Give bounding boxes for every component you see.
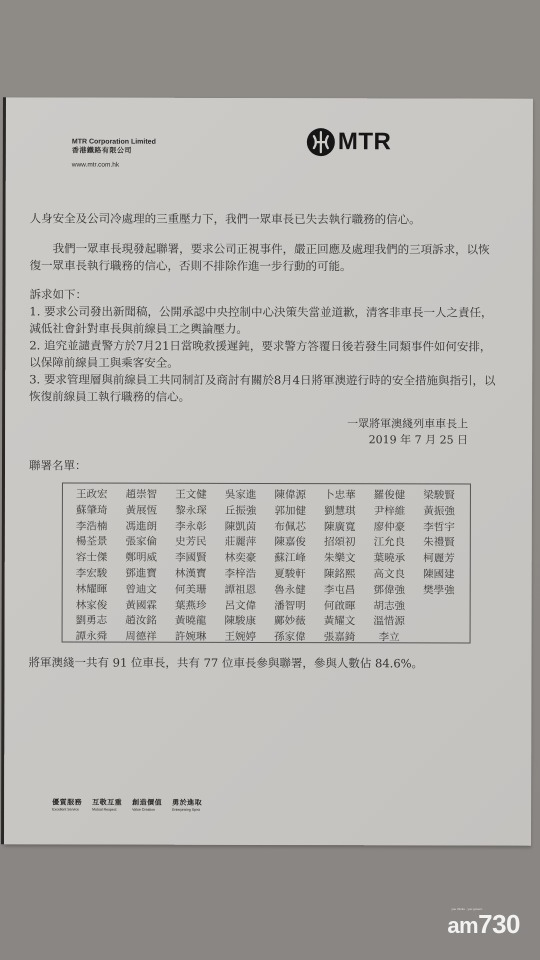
signatory-name: 陳嘉俊 xyxy=(265,535,315,551)
signatory-name: 李永彰 xyxy=(166,519,216,535)
signatory-name: 趙汝銘 xyxy=(116,614,166,630)
demand-item: 1. 要求公司發出新聞稿，公開承認中央控制中心決策失當並道歉，清客非車長一人之責… xyxy=(29,303,499,338)
signatory-name: 黃國霖 xyxy=(116,598,166,614)
mtr-logo-text: MTR xyxy=(338,128,392,156)
signatory-name: 樊學強 xyxy=(414,583,464,599)
signatory-name: 柯麗芳 xyxy=(414,552,464,568)
signatory-name: 朱禮賢 xyxy=(414,536,464,552)
paragraph-intro: 人身安全及公司冷處理的三重壓力下，我們一眾車長已失去執行職務的信心。 xyxy=(30,210,500,228)
signatory-name: 黃振強 xyxy=(414,504,464,520)
signatory-name: 黃耀文 xyxy=(315,614,365,630)
signatory-name: 高文良 xyxy=(364,567,414,583)
signatory-name: 黃曉龍 xyxy=(166,614,216,630)
signatory-name: 蘇江峰 xyxy=(265,551,315,567)
signatory-name: 卜忠華 xyxy=(315,488,365,504)
signatory-name: 莊麗萍 xyxy=(216,535,266,551)
signatory-name: 蘇肇琦 xyxy=(67,503,117,519)
signatory-name: 黃展恆 xyxy=(116,503,166,519)
signoff-text: 一眾將軍澳綫列車車長上 xyxy=(347,416,468,432)
signatory-name: 鄧進寶 xyxy=(116,567,166,583)
signatory-name: 廖仲豪 xyxy=(365,520,415,536)
company-website: www.mtr.com.hk xyxy=(72,161,156,168)
signatory-name: 周德祥 xyxy=(116,630,166,646)
signatory-name: 梁駿賢 xyxy=(414,488,464,504)
signatory-name: 楊荃景 xyxy=(67,535,117,551)
signatory-name: 呂文偉 xyxy=(216,598,266,614)
signatory-name: 溫惜源 xyxy=(364,615,414,631)
participation-summary: 將軍澳綫一共有 91 位車長，共有 77 位車長參與聯署，參與人數佔 84.6%… xyxy=(28,654,498,672)
signatory-name: 魯永健 xyxy=(265,583,315,599)
letter-date: 2019 年 7 月 25 日 xyxy=(347,432,468,448)
signatory-name: 招頌初 xyxy=(315,536,365,552)
signatory-name: 張嘉錡 xyxy=(315,630,365,646)
signatory-name: 布佩芯 xyxy=(265,520,315,536)
signatory-name: 何美珊 xyxy=(166,583,216,599)
mtr-logo-icon xyxy=(307,128,335,156)
signatory-name: 李國賢 xyxy=(166,551,216,567)
signatory-name: 江允良 xyxy=(365,536,415,552)
value-mutual-respect: 互敬互重 Mutual Respect xyxy=(92,798,122,813)
am730-watermark: you thinks · you govern am730 xyxy=(447,907,520,939)
signatory-name: 朱樂文 xyxy=(315,551,365,567)
signatory-name: 林漢寶 xyxy=(166,567,216,583)
signatory-name: 林奕豪 xyxy=(216,551,266,567)
signatory-name: 林耀暉 xyxy=(67,582,117,598)
signatory-name: 陳國建 xyxy=(414,567,464,583)
signatory-name: 陳駿康 xyxy=(215,614,265,630)
value-excellent-service: 優質服務 Excellent Service xyxy=(52,797,82,812)
signatory-name: 劉慧琪 xyxy=(315,504,365,520)
signatory-name: 王政宏 xyxy=(67,487,117,503)
demands-section: 訴求如下： 1. 要求公司發出新聞稿，公開承認中央控制中心決策失當並道歉，清客非… xyxy=(29,286,499,406)
signatory-name: 吳家進 xyxy=(216,488,266,504)
demand-item: 3. 要求管理層與前線員工共同制訂及商討有關於8月4日將軍澳遊行時的安全措施與指… xyxy=(29,371,499,406)
value-enterprising-spirit: 勇於進取 Enterprising Spirit xyxy=(172,798,202,813)
letterhead-company-info: MTR Corporation Limited 香港鐵路有限公司 www.mtr… xyxy=(72,138,156,168)
signatory-name: 趙崇智 xyxy=(117,488,167,504)
am730-logo: am730 xyxy=(447,911,520,939)
signatory-name: 譚祖恩 xyxy=(216,583,266,599)
signatory-name: 陳廣寬 xyxy=(315,520,365,536)
signatory-name: 胡志強 xyxy=(364,599,414,615)
signatory-name: 葉曉承 xyxy=(364,551,414,567)
signatory-name xyxy=(414,599,464,615)
signatory-name: 曾迪文 xyxy=(116,582,166,598)
signatory-name: 容士傑 xyxy=(67,551,117,567)
signatory-name: 陳銘熙 xyxy=(315,567,365,583)
signatory-name: 張家倫 xyxy=(116,535,166,551)
signatory-name xyxy=(414,631,464,647)
signatory-name: 許婉琳 xyxy=(166,630,216,646)
signatories-title: 聯署名單： xyxy=(29,457,499,475)
signatory-name: 郭加健 xyxy=(265,504,315,520)
signoff-block: 一眾將軍澳綫列車車長上 2019 年 7 月 25 日 xyxy=(347,416,468,448)
company-name-zh: 香港鐵路有限公司 xyxy=(72,146,156,155)
signatory-name: 黎永琛 xyxy=(166,504,216,520)
demands-heading: 訴求如下： xyxy=(29,286,499,304)
signatory-name: 劉勇志 xyxy=(67,614,117,630)
signatory-name: 史芳民 xyxy=(166,535,216,551)
value-value-creation: 創造價值 Value Creation xyxy=(132,798,162,813)
signatory-name: 丘振強 xyxy=(216,504,266,520)
signatory-name: 李宏駿 xyxy=(67,566,117,582)
signatory-name: 鄧偉強 xyxy=(364,583,414,599)
signatory-name: 李梓浩 xyxy=(216,567,266,583)
signatory-name: 李哲宇 xyxy=(414,520,464,536)
signatory-name: 陳偉源 xyxy=(265,488,315,504)
signatory-name: 譚永舜 xyxy=(67,630,117,646)
signatory-name: 林家俊 xyxy=(67,598,117,614)
signatory-name xyxy=(414,615,464,631)
signatory-name: 王文健 xyxy=(166,488,216,504)
company-name-en: MTR Corporation Limited xyxy=(72,138,156,146)
signatory-name: 李立 xyxy=(364,630,414,646)
paragraph-petition: 我們一眾車長現發起聯署，要求公司正視事件，嚴正回應及處理我們的三項訴求，以恢復一… xyxy=(30,240,500,275)
demand-item: 2. 追究並譴責警方於7月21日當晚救援遲鈍，要求警方答覆日後若發生同類事件如何… xyxy=(29,337,499,372)
signatory-name: 何啟暉 xyxy=(315,599,365,615)
signatory-name: 陳凱茵 xyxy=(216,519,266,535)
signatory-name: 尹梓維 xyxy=(365,504,415,520)
mtr-logo: MTR xyxy=(307,128,392,156)
signatory-name: 馮進朗 xyxy=(116,519,166,535)
signatory-name: 羅俊健 xyxy=(365,488,415,504)
signatory-name: 夏駿軒 xyxy=(265,567,315,583)
signatory-name: 葉燕珍 xyxy=(166,598,216,614)
signatory-name: 孫家偉 xyxy=(265,630,315,646)
signatory-name: 鄭明威 xyxy=(116,551,166,567)
corporate-values-footer: 優質服務 Excellent Service 互敬互重 Mutual Respe… xyxy=(52,797,202,812)
signatory-name: 潘智明 xyxy=(265,599,315,615)
signatory-name: 李浩楠 xyxy=(67,519,117,535)
signatory-name: 李屯昌 xyxy=(315,583,365,599)
signatory-name: 王婉婷 xyxy=(215,630,265,646)
letter-page: MTR Corporation Limited 香港鐵路有限公司 www.mtr… xyxy=(4,97,533,845)
watermark-tagline: you thinks · you govern xyxy=(451,907,520,911)
signatory-name: 鄺妙薇 xyxy=(265,614,315,630)
signatories-table: 王政宏趙崇智王文健吳家進陳偉源卜忠華羅俊健梁駿賢蘇肇琦黃展恆黎永琛丘振強郭加健劉… xyxy=(62,482,471,643)
